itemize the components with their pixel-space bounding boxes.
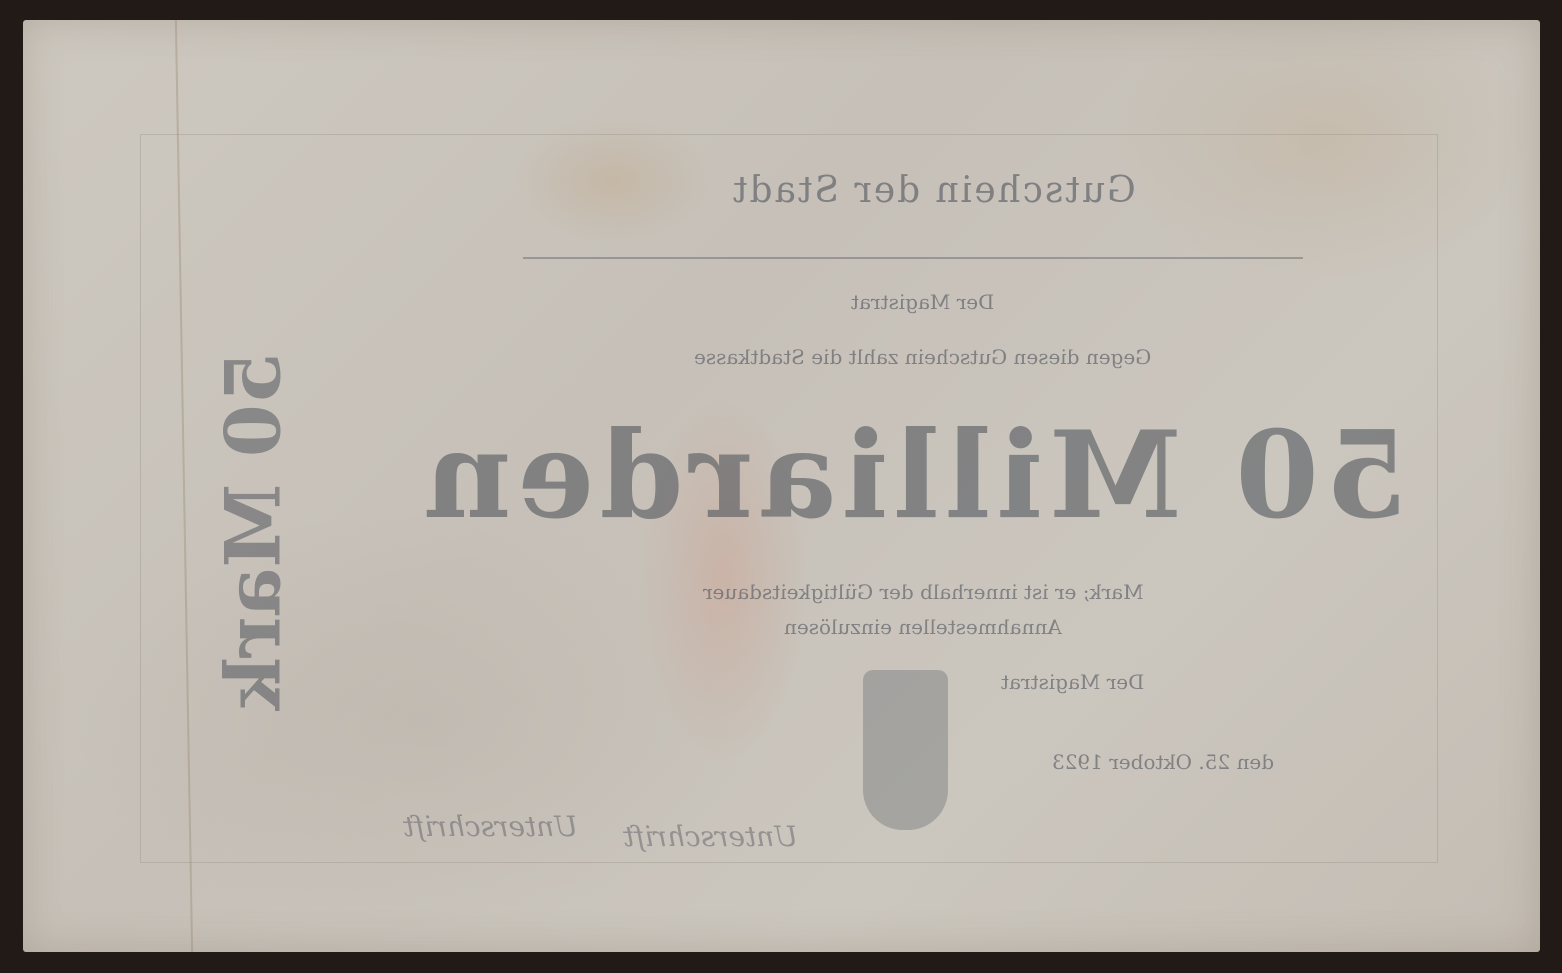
body-line-text: Mark; er ist innerhalb der Gültigkeitsda…	[703, 580, 1144, 604]
signature-text: Unterschrift	[403, 810, 578, 843]
header-text: Gutschein der Stadt	[503, 170, 1363, 211]
body-line-3: Mark; er ist innerhalb der Gültigkeitsda…	[383, 580, 1463, 604]
side-denomination: 50 Mark	[193, 180, 313, 880]
denomination-text: 50 Milliarden	[418, 405, 1408, 546]
body-line-4: Annahmestellen einzulösen	[383, 615, 1463, 639]
signature-text: Unterschrift	[623, 820, 798, 853]
side-denomination-text: 50 Mark	[209, 351, 298, 709]
body-line-text: Annahmestellen einzulösen	[784, 615, 1062, 639]
stamp-mark	[863, 670, 948, 830]
signature-left: Unterschrift	[403, 810, 578, 843]
body-line-text: Gegen diesen Gutschein zahlt die Stadtka…	[694, 345, 1151, 369]
header-text-mirrored: Gutschein der Stadt	[731, 170, 1136, 211]
date-text: den 25. Oktober 1923	[1052, 750, 1274, 774]
body-line-1: Der Magistrat	[383, 290, 1463, 314]
denomination: 50 Milliarden	[383, 405, 1443, 546]
body-line-text: Der Magistrat	[851, 290, 994, 314]
date-line: den 25. Oktober 1923	[903, 750, 1423, 774]
signature-center: Unterschrift	[623, 820, 798, 853]
body-line-2: Gegen diesen Gutschein zahlt die Stadtka…	[383, 345, 1463, 369]
banknote: Gutschein der Stadt Der Magistrat Gegen …	[23, 20, 1540, 952]
header-rule	[523, 257, 1303, 259]
body-line-text: Der Magistrat	[1001, 670, 1144, 694]
